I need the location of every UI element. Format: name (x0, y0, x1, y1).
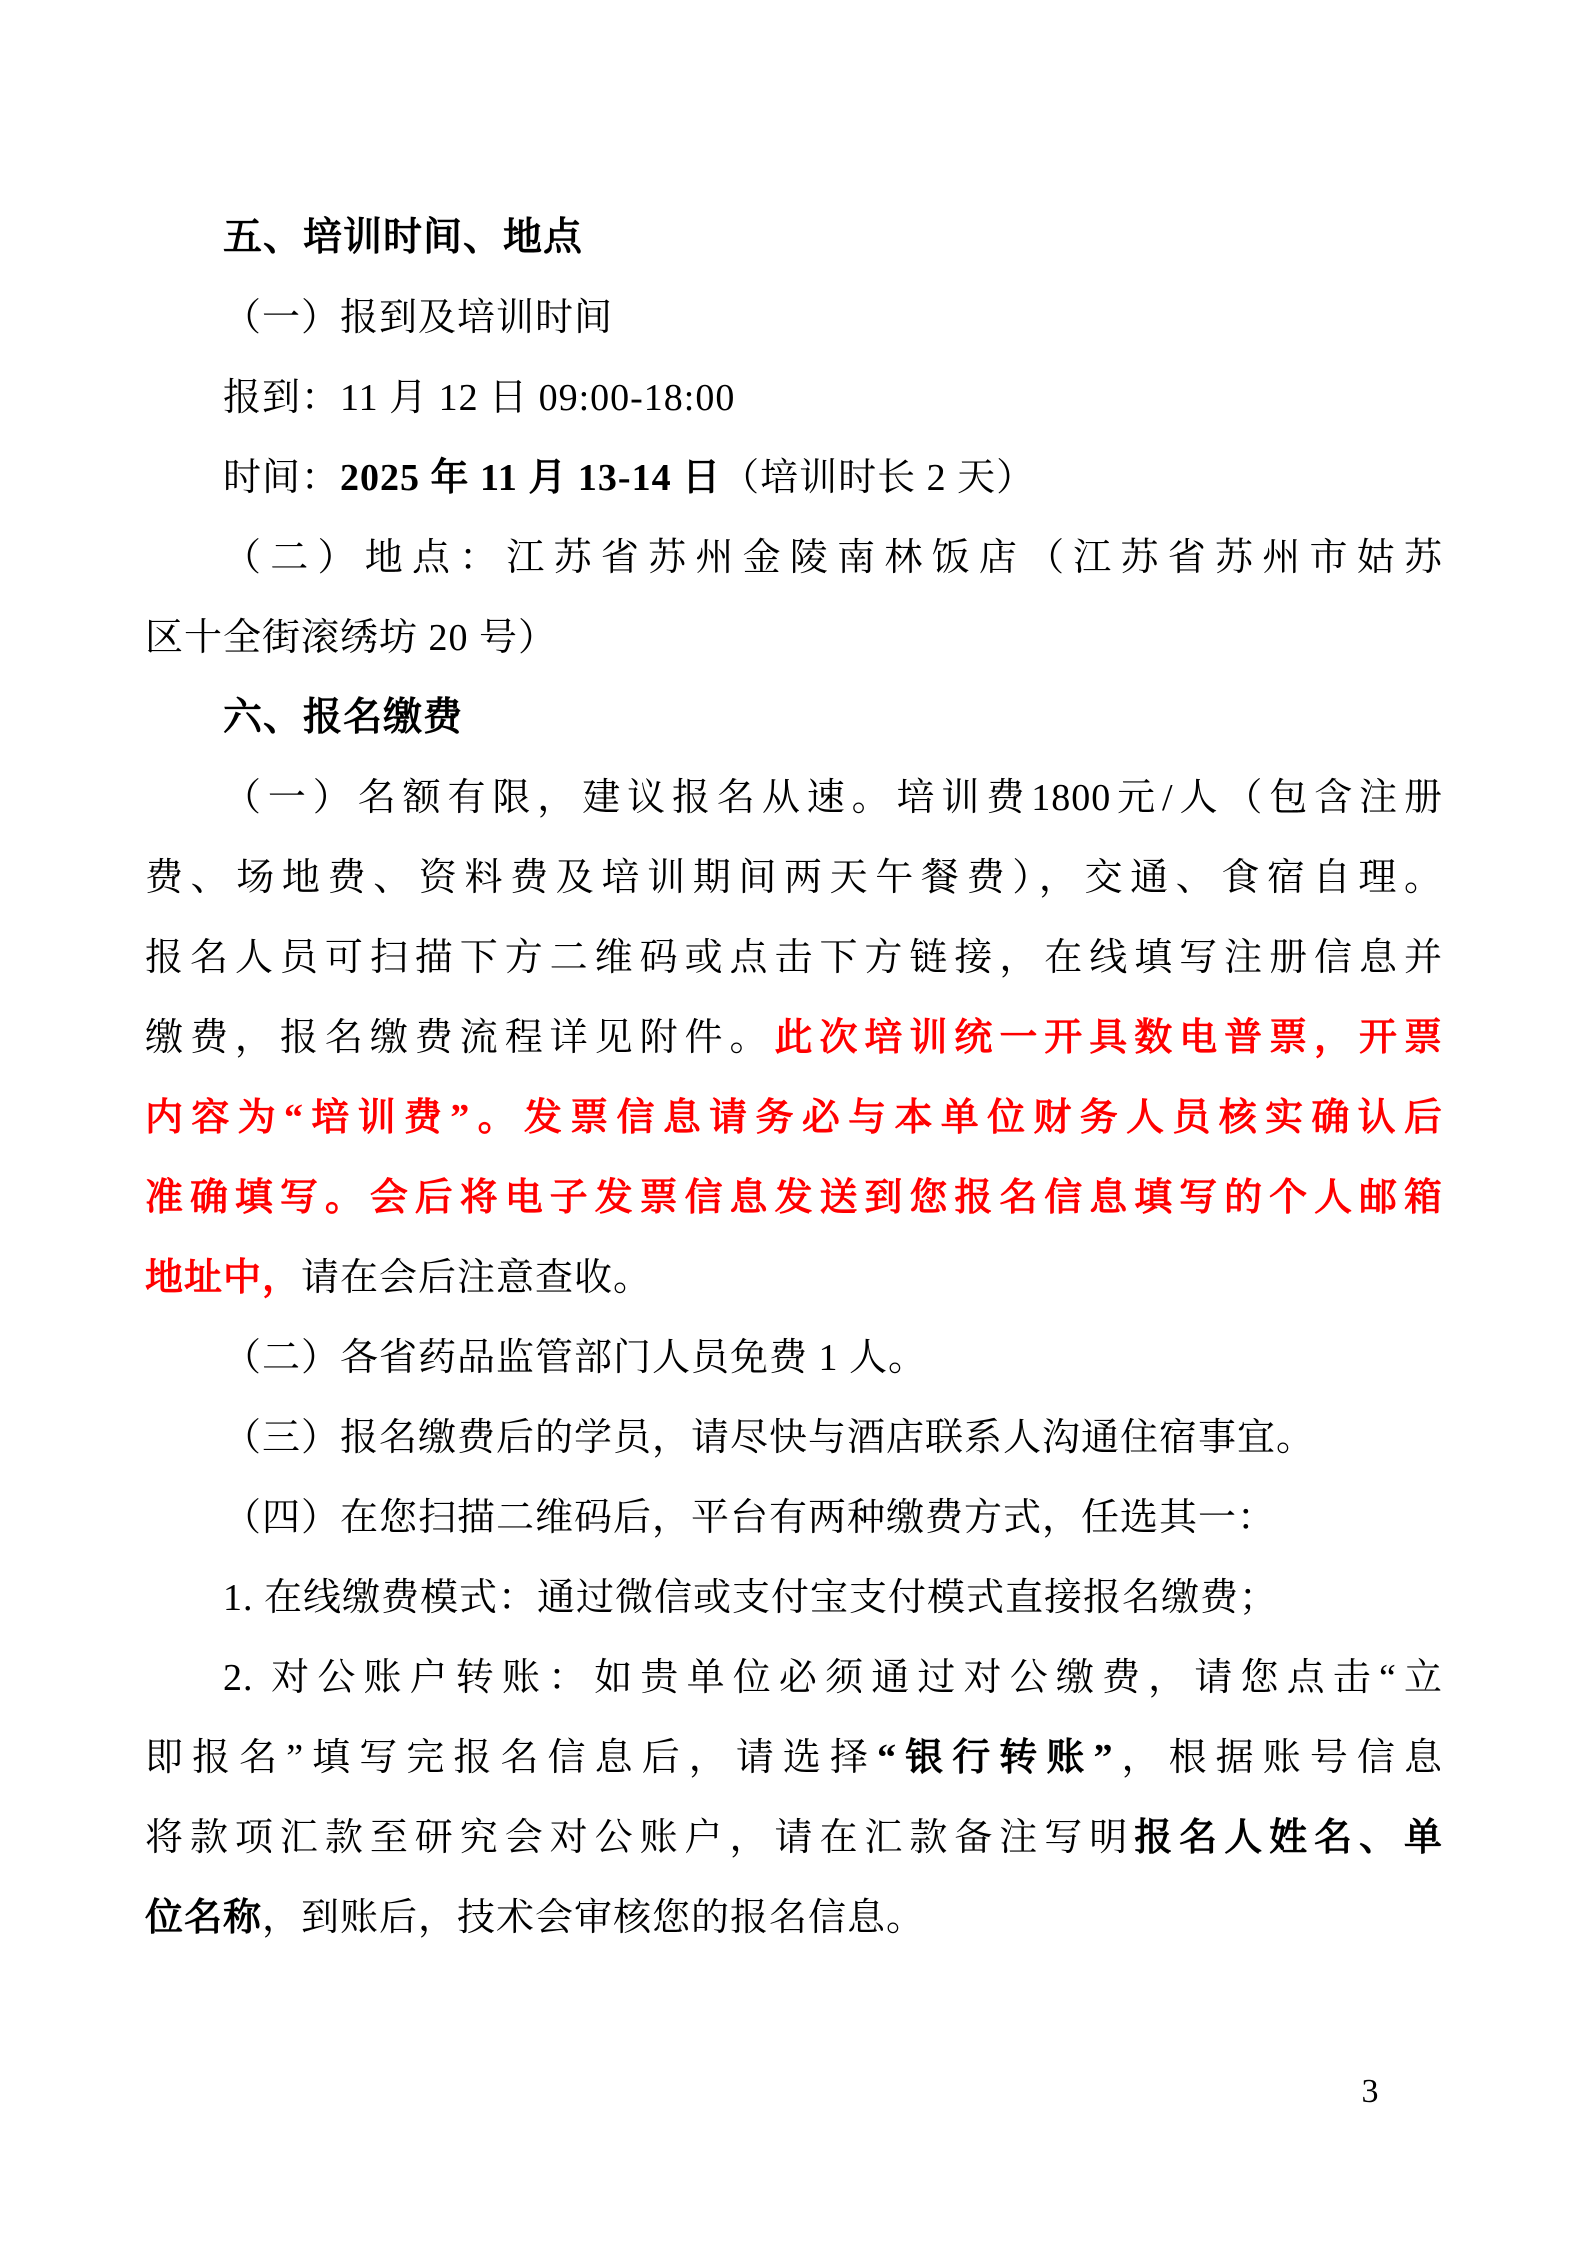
text-segment: 2025 年 11 月 13-14 日 (340, 457, 721, 499)
text-segment: （一）报到及培训时间 (223, 297, 613, 339)
text-line: 六、报名缴费 (145, 678, 1443, 758)
text-line: 费、场地费、资料费及培训期间两天午餐费），交通、食宿自理。 (145, 838, 1443, 918)
text-line: （二）地点：江苏省苏州金陵南林饭店（江苏省苏州市姑苏 (145, 518, 1443, 598)
text-segment: （一）名额有限，建议报名从速。培训费1800元/人（包含注册 (223, 777, 1443, 819)
text-segment: 2. 对公账户转账：如贵单位必须通过对公缴费，请您点击“立 (223, 1657, 1443, 1699)
text-segment: （四）在您扫描二维码后，平台有两种缴费方式，任选其一： (223, 1497, 1276, 1539)
text-segment: 此次培训统一开具数电普票，开票 (775, 1017, 1444, 1059)
text-segment: 地址中， (145, 1257, 301, 1299)
text-segment: 报名人员可扫描下方二维码或点击下方链接，在线填写注册信息并 (145, 937, 1443, 979)
text-line: （二）各省药品监管部门人员免费 1 人。 (145, 1318, 1443, 1398)
text-line: 五、培训时间、地点 (145, 198, 1443, 278)
text-segment: 区十全街滚绣坊 20 号） (145, 617, 557, 659)
text-segment: 报名人姓名、单 (1134, 1817, 1443, 1859)
text-line: 2. 对公账户转账：如贵单位必须通过对公缴费，请您点击“立 (145, 1638, 1443, 1718)
text-segment: 将款项汇款至研究会对公账户，请在汇款备注写明 (145, 1817, 1134, 1859)
text-line: 报到：11 月 12 日 09:00-18:00 (145, 358, 1443, 438)
text-line: 缴费，报名缴费流程详见附件。此次培训统一开具数电普票，开票 (145, 998, 1443, 1078)
text-segment: 五、培训时间、地点 (223, 216, 583, 259)
text-segment: 费、场地费、资料费及培训期间两天午餐费），交通、食宿自理。 (145, 857, 1443, 899)
text-line: （三）报名缴费后的学员，请尽快与酒店联系人沟通住宿事宜。 (145, 1398, 1443, 1478)
text-line: 位名称，到账后，技术会审核您的报名信息。 (145, 1878, 1443, 1958)
text-segment: 时间： (223, 457, 340, 499)
text-line: 区十全街滚绣坊 20 号） (145, 598, 1443, 678)
text-segment: 报到：11 月 12 日 09:00-18:00 (223, 377, 735, 419)
text-segment: 1. 在线缴费模式：通过微信或支付宝支付模式直接报名缴费； (223, 1577, 1278, 1619)
text-segment: 内容为“培训费”。发票信息请务必与本单位财务人员核实确认后 (145, 1097, 1443, 1139)
text-segment: （二）各省药品监管部门人员免费 1 人。 (223, 1337, 927, 1379)
text-line: 将款项汇款至研究会对公账户，请在汇款备注写明报名人姓名、单 (145, 1798, 1443, 1878)
document-body: 五、培训时间、地点（一）报到及培训时间报到：11 月 12 日 09:00-18… (145, 198, 1443, 1958)
text-segment: “银行转账” (877, 1737, 1113, 1779)
text-line: 内容为“培训费”。发票信息请务必与本单位财务人员核实确认后 (145, 1078, 1443, 1158)
text-segment: （二）地点：江苏省苏州金陵南林饭店（江苏省苏州市姑苏 (223, 537, 1443, 579)
page-number: 3 (1340, 2072, 1400, 2112)
text-line: 准确填写。会后将电子发票信息发送到您报名信息填写的个人邮箱 (145, 1158, 1443, 1238)
text-line: （一）名额有限，建议报名从速。培训费1800元/人（包含注册 (145, 758, 1443, 838)
text-line: （四）在您扫描二维码后，平台有两种缴费方式，任选其一： (145, 1478, 1443, 1558)
text-segment: 位名称 (145, 1897, 262, 1939)
text-line: 报名人员可扫描下方二维码或点击下方链接，在线填写注册信息并 (145, 918, 1443, 998)
text-segment: ，到账后，技术会审核您的报名信息。 (262, 1897, 925, 1939)
text-segment: 即报名”填写完报名信息后，请选择 (145, 1737, 877, 1779)
text-line: 时间：2025 年 11 月 13-14 日（培训时长 2 天） (145, 438, 1443, 518)
text-line: 地址中，请在会后注意查收。 (145, 1238, 1443, 1318)
text-segment: ，根据账号信息 (1113, 1737, 1443, 1779)
text-segment: 六、报名缴费 (223, 696, 463, 739)
text-line: （一）报到及培训时间 (145, 278, 1443, 358)
text-segment: 请在会后注意查收。 (301, 1257, 652, 1299)
text-segment: （培训时长 2 天） (721, 457, 1035, 499)
text-segment: 缴费，报名缴费流程详见附件。 (145, 1017, 775, 1059)
text-line: 即报名”填写完报名信息后，请选择“银行转账”，根据账号信息 (145, 1718, 1443, 1798)
document-page: 五、培训时间、地点（一）报到及培训时间报到：11 月 12 日 09:00-18… (0, 0, 1588, 2245)
text-line: 1. 在线缴费模式：通过微信或支付宝支付模式直接报名缴费； (145, 1558, 1443, 1638)
text-segment: 准确填写。会后将电子发票信息发送到您报名信息填写的个人邮箱 (145, 1177, 1443, 1219)
text-segment: （三）报名缴费后的学员，请尽快与酒店联系人沟通住宿事宜。 (223, 1417, 1315, 1459)
